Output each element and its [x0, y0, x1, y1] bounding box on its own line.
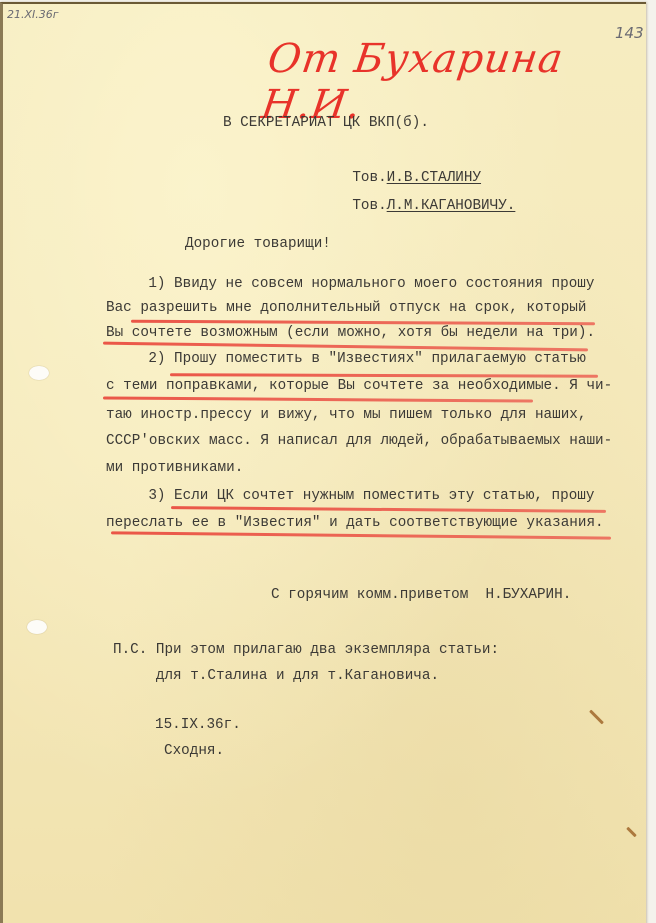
postscript-line: для т.Сталина и для т.Кагановича. — [113, 668, 439, 685]
body-line: СССР'овских масс. Я написал для людей, о… — [106, 433, 612, 450]
recipient-name: Л.М.КАГАНОВИЧУ. — [387, 198, 516, 214]
postscript-line: П.С. При этом прилагаю два экземпляра ст… — [113, 642, 499, 659]
pencil-mark — [589, 710, 604, 725]
red-underline — [103, 342, 588, 352]
body-line: 2) Прошу поместить в "Известиях" прилага… — [114, 351, 586, 368]
pencil-mark — [626, 827, 637, 838]
punch-hole — [29, 366, 49, 380]
closing-signature: С горячим комм.приветом Н.БУХАРИН. — [271, 587, 571, 604]
letter-date: 15.IX.36г. — [155, 717, 241, 734]
addressee-line: В СЕКРЕТАРИАТ ЦК ВКП(б). — [223, 115, 429, 132]
recipient-kaganovich: Тов.Л.М.КАГАНОВИЧУ. — [318, 181, 515, 232]
document-page: 21.XI.36г 143 От Бухарина Н.И. В СЕКРЕТА… — [0, 2, 646, 923]
body-line: таю иностр.прессу и вижу, что мы пишем т… — [106, 407, 586, 424]
body-line: переслать ее в "Известия" и дать соответ… — [106, 515, 604, 532]
punch-hole — [27, 620, 47, 634]
body-line: ми противниками. — [106, 460, 243, 477]
salutation: Дорогие товарищи! — [185, 236, 331, 253]
body-line: Вас разрешить мне дополнительный отпуск … — [106, 300, 586, 317]
red-underline — [171, 506, 606, 513]
body-line: 3) Если ЦК сочтет нужным поместить эту с… — [114, 488, 594, 505]
body-line: Вы сочтете возможным (если можно, хотя б… — [106, 325, 595, 342]
body-line: 1) Ввиду не совсем нормального моего сос… — [114, 276, 594, 293]
recipient-prefix: Тов. — [352, 198, 386, 214]
letter-place: Сходня. — [164, 743, 224, 760]
pencil-date-note: 21.XI.36г — [7, 8, 59, 21]
red-underline — [111, 531, 611, 539]
body-line: с теми поправками, которые Вы сочтете за… — [106, 378, 612, 395]
red-underline — [103, 396, 533, 402]
